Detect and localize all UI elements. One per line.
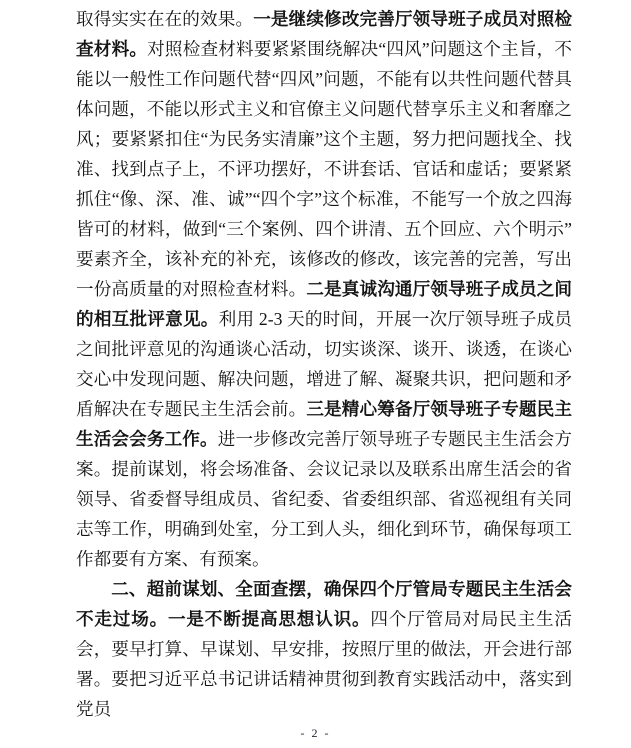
page-number: - 2 - <box>0 724 631 742</box>
paragraph: 二、超前谋划、全面查摆，确保四个厅管局专题民主生活会不走过场。一是不断提高思想认… <box>76 574 572 724</box>
paragraph: 取得实实在在的效果。一是继续修改完善厅领导班子成员对照检查材料。对照检查材料要紧… <box>76 4 572 574</box>
bold-text-run: 一是不断提高思想认识。 <box>168 609 370 629</box>
text-run: 取得实实在在的效果。 <box>76 9 253 29</box>
document-body: 取得实实在在的效果。一是继续修改完善厅领导班子成员对照检查材料。对照检查材料要紧… <box>76 4 572 724</box>
text-run: 进一步修改完善厅领导班子专题民主生活会方案。提前谋划，将会场准备、会议记录以及联… <box>76 429 572 569</box>
document-page: 取得实实在在的效果。一是继续修改完善厅领导班子成员对照检查材料。对照检查材料要紧… <box>0 0 631 748</box>
text-run: 对照检查材料要紧紧围绕解决“四风”问题这个主旨，不能以一般性工作问题代替“四风”… <box>76 39 572 299</box>
